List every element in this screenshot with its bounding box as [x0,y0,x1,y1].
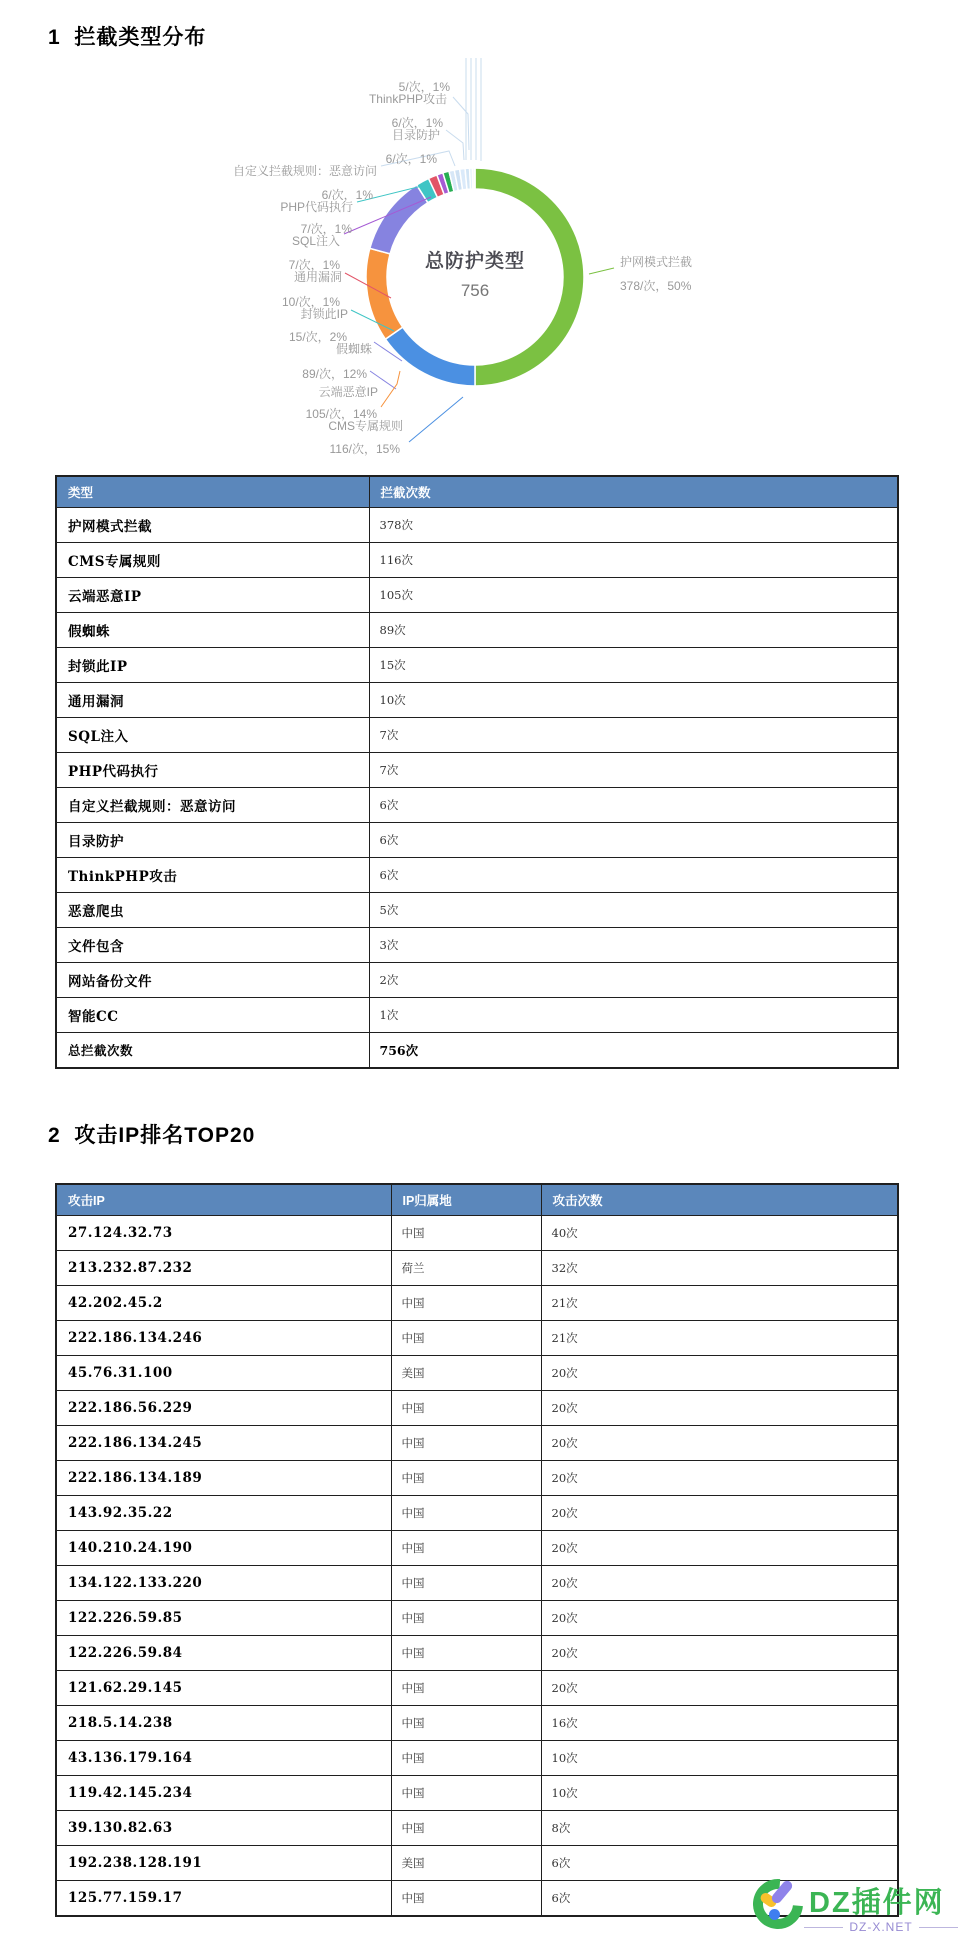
cell-value: 中国 [391,1566,541,1601]
security-report-page: 1 拦截类型分布 5/次，1%ThinkPHP攻击6/次，1%目录防护6/次，1… [0,0,961,1947]
cell-value: 15次 [369,648,898,683]
table-row: 140.210.24.190中国20次 [56,1531,898,1566]
attack-ip-table: 攻击IP IP归属地 攻击次数 27.124.32.73中国40次213.232… [55,1183,899,1917]
cell-value: 中国 [391,1426,541,1461]
table-row: 143.92.35.22中国20次 [56,1496,898,1531]
cell-value: 20次 [541,1566,898,1601]
watermark-title: DZ插件网 [809,1880,945,1921]
cell-key: 125.77.159.17 [56,1881,391,1917]
cell-key: 42.202.45.2 [56,1286,391,1321]
cell-value: 6次 [369,858,898,893]
table-row: 122.226.59.85中国20次 [56,1601,898,1636]
cell-key: 智能CC [56,998,369,1033]
cell-key: 222.186.56.229 [56,1391,391,1426]
cell-key: 网站备份文件 [56,963,369,998]
header-ip-location: IP归属地 [391,1184,541,1216]
chart-label: 116/次，15% [330,443,400,455]
table-row: CMS专属规则116次 [56,543,898,578]
cell-value: 中国 [391,1321,541,1356]
cell-value: 2次 [369,963,898,998]
table-row: 213.232.87.232荷兰32次 [56,1251,898,1286]
cell-key: 134.122.133.220 [56,1566,391,1601]
cell-key: 122.226.59.85 [56,1601,391,1636]
cell-key: 目录防护 [56,823,369,858]
chart-label: 假蜘蛛 [336,343,372,355]
chart-label: 云端恶意IP [319,386,378,398]
header-intercept-count: 拦截次数 [369,476,898,508]
chart-label: 6/次，1% [386,153,437,165]
table-row: 222.186.134.246中国21次 [56,1321,898,1356]
cell-value: 美国 [391,1846,541,1881]
table-row: 目录防护6次 [56,823,898,858]
cell-value: 中国 [391,1461,541,1496]
cell-key: 119.42.145.234 [56,1776,391,1811]
divider [804,1927,843,1928]
table-row: ThinkPHP攻击6次 [56,858,898,893]
cell-value: 中国 [391,1881,541,1917]
cell-value: 荷兰 [391,1251,541,1286]
cell-key: 218.5.14.238 [56,1706,391,1741]
cell-value: 20次 [541,1391,898,1426]
donut-center-value: 756 [375,281,575,301]
cell-value: 5次 [369,893,898,928]
cell-key: 121.62.29.145 [56,1671,391,1706]
dz-logo-icon [752,1878,804,1930]
cell-key: 222.186.134.245 [56,1426,391,1461]
cell-value: 3次 [369,928,898,963]
leader-line [381,371,400,407]
cell-value: 中国 [391,1636,541,1671]
cell-key: 43.136.179.164 [56,1741,391,1776]
cell-value: 10次 [369,683,898,718]
table-row: 自定义拦截规则：恶意访问6次 [56,788,898,823]
cell-key: SQL注入 [56,718,369,753]
cell-value: 6次 [369,823,898,858]
table-row: 27.124.32.73中国40次 [56,1216,898,1251]
cell-key: ThinkPHP攻击 [56,858,369,893]
cell-value: 20次 [541,1461,898,1496]
cell-key: 文件包含 [56,928,369,963]
table-row: PHP代码执行7次 [56,753,898,788]
cell-value: 7次 [369,718,898,753]
cell-value: 10次 [541,1741,898,1776]
cell-key: 45.76.31.100 [56,1356,391,1391]
cell-value: 6次 [369,788,898,823]
table-row: 通用漏洞10次 [56,683,898,718]
cell-value: 20次 [541,1671,898,1706]
table-row: 222.186.134.245中国20次 [56,1426,898,1461]
cell-value: 32次 [541,1251,898,1286]
divider [919,1927,958,1928]
cell-key: CMS专属规则 [56,543,369,578]
header-attack-count: 攻击次数 [541,1184,898,1216]
leader-line [409,397,463,442]
watermark-domain-row: DZ-X.NET [804,1920,958,1934]
cell-value: 20次 [541,1636,898,1671]
cell-key: 222.186.134.189 [56,1461,391,1496]
donut-segment-护网模式拦截[interactable] [475,168,584,386]
table-row: 智能CC1次 [56,998,898,1033]
cell-key: 自定义拦截规则：恶意访问 [56,788,369,823]
table-row: 222.186.134.189中国20次 [56,1461,898,1496]
cell-value: 美国 [391,1356,541,1391]
cell-value: 20次 [541,1356,898,1391]
header-attack-ip: 攻击IP [56,1184,391,1216]
cell-value: 116次 [369,543,898,578]
cell-value: 中国 [391,1286,541,1321]
cell-value: 20次 [541,1426,898,1461]
cell-value: 1次 [369,998,898,1033]
cell-value: 中国 [391,1741,541,1776]
table-header-row: 攻击IP IP归属地 攻击次数 [56,1184,898,1216]
donut-segment-智能CC[interactable] [474,168,475,189]
header-type: 类型 [56,476,369,508]
cell-key: 通用漏洞 [56,683,369,718]
cell-key: 213.232.87.232 [56,1251,391,1286]
cell-value: 20次 [541,1496,898,1531]
cell-value: 中国 [391,1811,541,1846]
cell-value: 756次 [369,1033,898,1069]
cell-value: 8次 [541,1811,898,1846]
cell-key: 恶意爬虫 [56,893,369,928]
table-row: 云端恶意IP105次 [56,578,898,613]
chart-label: 89/次，12% [302,368,367,380]
chart-label: SQL注入 [292,235,340,247]
cell-key: 122.226.59.84 [56,1636,391,1671]
interception-type-donut-chart: 5/次，1%ThinkPHP攻击6/次，1%目录防护6/次，1%自定义拦截规则：… [0,0,961,470]
cell-key: 总拦截次数 [56,1033,369,1069]
table-row: 39.130.82.63中国8次 [56,1811,898,1846]
logo-ring-shape [743,1869,813,1939]
table-row: 122.226.59.84中国20次 [56,1636,898,1671]
cell-value: 21次 [541,1321,898,1356]
cell-value: 20次 [541,1531,898,1566]
table-row: SQL注入7次 [56,718,898,753]
cell-value: 中国 [391,1706,541,1741]
cell-value: 89次 [369,613,898,648]
cell-value: 中国 [391,1391,541,1426]
table-row: 121.62.29.145中国20次 [56,1671,898,1706]
cell-key: 192.238.128.191 [56,1846,391,1881]
chart-label: 378/次，50% [620,280,691,292]
cell-key: 222.186.134.246 [56,1321,391,1356]
cell-value: 105次 [369,578,898,613]
table-row: 222.186.56.229中国20次 [56,1391,898,1426]
table-row: 134.122.133.220中国20次 [56,1566,898,1601]
cell-value: 16次 [541,1706,898,1741]
cell-value: 378次 [369,508,898,543]
table-row: 假蜘蛛89次 [56,613,898,648]
leader-line [446,130,464,160]
cell-key: 假蜘蛛 [56,613,369,648]
cell-value: 21次 [541,1286,898,1321]
cell-key: 140.210.24.190 [56,1531,391,1566]
cell-value: 中国 [391,1776,541,1811]
cell-value: 中国 [391,1671,541,1706]
cell-value: 中国 [391,1496,541,1531]
cell-value: 中国 [391,1216,541,1251]
cell-key: 39.130.82.63 [56,1811,391,1846]
cell-key: 封锁此IP [56,648,369,683]
cell-value: 中国 [391,1531,541,1566]
table-row: 45.76.31.100美国20次 [56,1356,898,1391]
table-row: 封锁此IP15次 [56,648,898,683]
chart-label: 通用漏洞 [294,271,342,283]
section2-heading: 2 攻击IP排名TOP20 [48,1119,255,1149]
table-header-row: 类型 拦截次数 [56,476,898,508]
leader-line [589,268,614,274]
table-row: 护网模式拦截378次 [56,508,898,543]
donut-chart-svg [0,0,961,470]
table-row: 119.42.145.234中国10次 [56,1776,898,1811]
interception-type-table: 类型 拦截次数 护网模式拦截378次CMS专属规则116次云端恶意IP105次假… [55,475,899,1069]
chart-label: CMS专属规则 [328,420,403,432]
table-row: 恶意爬虫5次 [56,893,898,928]
cell-value: 40次 [541,1216,898,1251]
table-row: 42.202.45.2中国21次 [56,1286,898,1321]
chart-label: 自定义拦截规则：恶意访问 [233,165,377,177]
chart-label: ThinkPHP攻击 [369,93,447,105]
cell-key: 云端恶意IP [56,578,369,613]
cell-key: 143.92.35.22 [56,1496,391,1531]
dz-watermark: DZ插件网 DZ-X.NET [752,1876,960,1940]
watermark-domain: DZ-X.NET [849,1920,912,1934]
cell-value: 20次 [541,1601,898,1636]
chart-label: 封锁此IP [301,308,348,320]
cell-value: 中国 [391,1601,541,1636]
cell-value: 7次 [369,753,898,788]
logo-blue-dot [769,1909,780,1920]
cell-key: 27.124.32.73 [56,1216,391,1251]
cell-key: 护网模式拦截 [56,508,369,543]
table-row: 网站备份文件2次 [56,963,898,998]
chart-label: PHP代码执行 [280,201,353,213]
chart-label: 护网模式拦截 [620,256,692,268]
table-row: 总拦截次数756次 [56,1033,898,1069]
table-row: 43.136.179.164中国10次 [56,1741,898,1776]
cell-key: PHP代码执行 [56,753,369,788]
table-row: 文件包含3次 [56,928,898,963]
chart-label: 目录防护 [392,129,440,141]
cell-value: 10次 [541,1776,898,1811]
table-row: 218.5.14.238中国16次 [56,1706,898,1741]
donut-center-title: 总防护类型 [375,246,575,273]
